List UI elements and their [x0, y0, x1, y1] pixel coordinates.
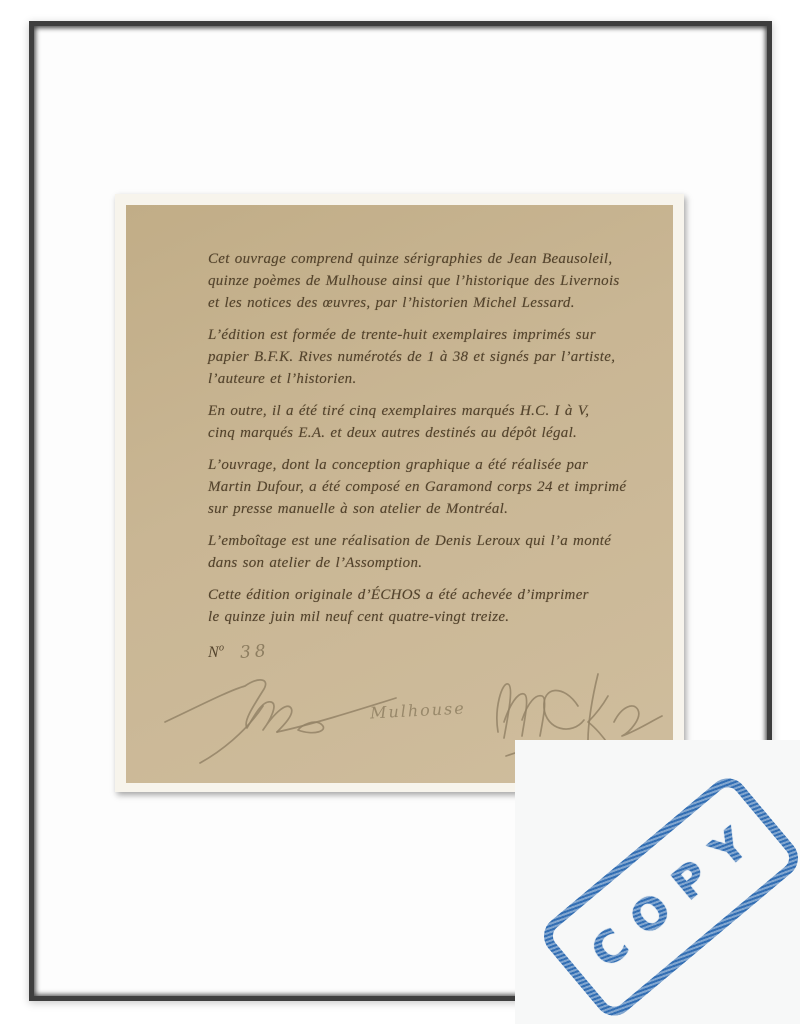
copy-stamp-label: COPY: [570, 807, 771, 987]
artist-signature: [165, 680, 396, 763]
colophon-paragraph: En outre, il a été tiré cinq exemplaires…: [208, 400, 653, 444]
framed-artwork-photo: Cet ouvrage comprend quinze sérigraphies…: [0, 0, 800, 1024]
colophon-paragraph: Cet ouvrage comprend quinze sérigraphies…: [208, 248, 653, 314]
colophon-paragraph: Cette édition originale d’ÉCHOS a été ac…: [208, 584, 653, 628]
edition-number-handwritten: 38: [239, 640, 270, 664]
colophon-paragraph: L’emboîtage est une réalisation de Denis…: [208, 530, 653, 574]
edition-label-ordinal: o: [219, 643, 224, 654]
copy-stamp-overlay: COPY: [515, 740, 800, 1024]
copy-stamp: COPY: [536, 770, 800, 1024]
edition-label: No: [208, 644, 224, 661]
edition-number-line: No 38: [208, 638, 653, 664]
colophon-text: Cet ouvrage comprend quinze sérigraphies…: [126, 205, 673, 664]
colophon-paragraph: L’ouvrage, dont la conception graphique …: [208, 454, 653, 520]
colophon-paragraph: L’édition est formée de trente-huit exem…: [208, 324, 653, 390]
print-paper: Cet ouvrage comprend quinze sérigraphies…: [115, 194, 684, 792]
colophon-print: Cet ouvrage comprend quinze sérigraphies…: [126, 205, 673, 783]
